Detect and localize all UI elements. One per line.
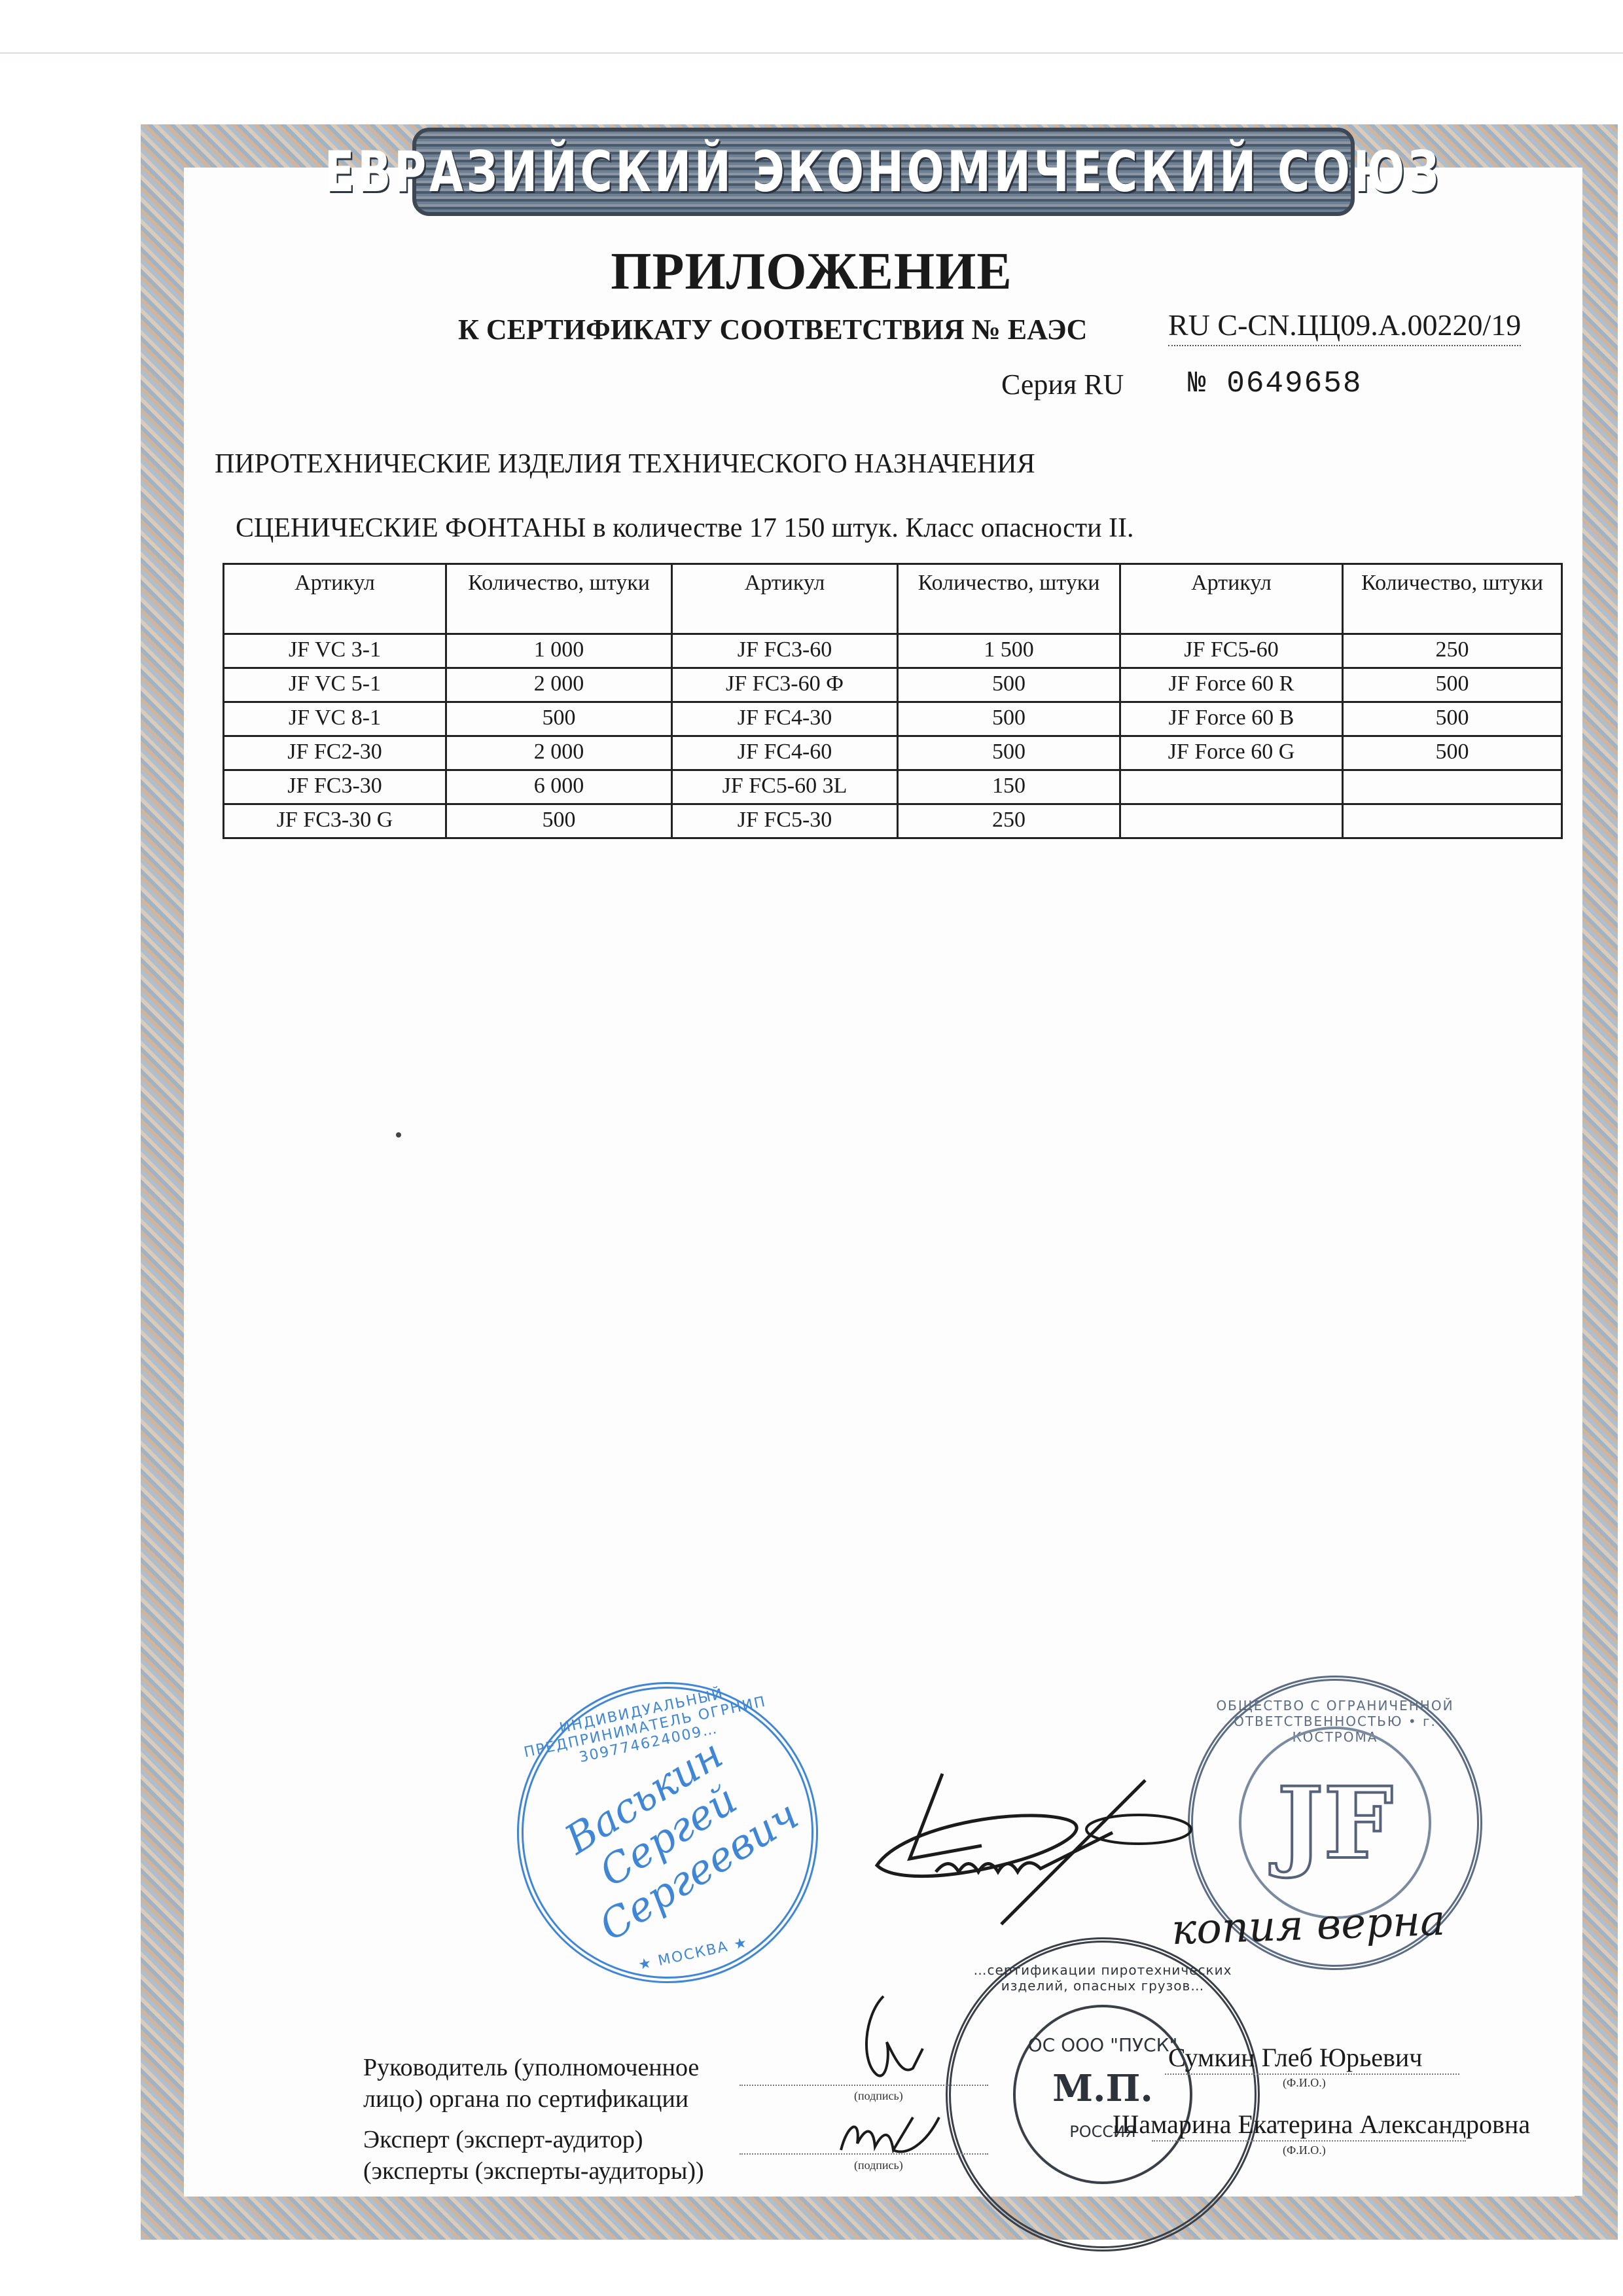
article-cell: JF VC 5-1 (224, 668, 446, 702)
quantity-cell: 500 (898, 702, 1120, 736)
table-header-row: АртикулКоличество, штукиАртикулКоличеств… (224, 564, 1562, 634)
expert-label: Эксперт (эксперт-аудитор) (эксперты (экс… (363, 2124, 704, 2187)
head-name-line (1165, 2073, 1459, 2075)
quantity-cell: 150 (898, 770, 1120, 804)
head-label-line2: лицо) органа по сертификации (363, 2083, 699, 2115)
table-row: JF FC2-302 000JF FC4-60500JF Force 60 G5… (224, 736, 1562, 770)
quantity-cell: 1 000 (446, 634, 672, 668)
expert-signature (828, 2104, 952, 2170)
quantity-cell (1343, 804, 1562, 838)
article-cell: JF FC3-60 (672, 634, 898, 668)
expert-name-caption: (Ф.И.О.) (1283, 2144, 1326, 2157)
page-title: ПРИЛОЖЕНИЕ (0, 242, 1623, 302)
article-cell: JF FC2-30 (224, 736, 446, 770)
expert-label-line2: (эксперты (эксперты-аудиторы)) (363, 2155, 704, 2187)
quantity-cell: 500 (446, 702, 672, 736)
article-cell: JF FC4-30 (672, 702, 898, 736)
quantity-cell: 500 (1343, 702, 1562, 736)
column-header: Количество, штуки (1343, 564, 1562, 634)
article-cell: JF Force 60 G (1120, 736, 1343, 770)
products-table: АртикулКоличество, штукиАртикулКоличеств… (223, 563, 1563, 839)
article-cell: JF FC3-60 Ф (672, 668, 898, 702)
column-header: Артикул (1120, 564, 1343, 634)
quantity-cell: 1 500 (898, 634, 1120, 668)
article-cell (1120, 804, 1343, 838)
article-cell: JF FC3-30 G (224, 804, 446, 838)
eaeu-banner: ЕВРАЗИЙСКИЙ ЭКОНОМИЧЕСКИЙ СОЮЗ (412, 128, 1355, 216)
series-label: Серия RU (1001, 368, 1124, 401)
quantity-cell: 250 (898, 804, 1120, 838)
column-header: Артикул (224, 564, 446, 634)
article-cell: JF FC4-60 (672, 736, 898, 770)
article-cell: JF FC5-60 3L (672, 770, 898, 804)
quantity-cell: 500 (446, 804, 672, 838)
expert-name-line (1152, 2140, 1466, 2142)
head-label-line1: Руководитель (уполномоченное (363, 2052, 699, 2083)
quantity-cell: 500 (1343, 736, 1562, 770)
product-description: СЦЕНИЧЕСКИЕ ФОНТАНЫ в количестве 17 150 … (236, 512, 1134, 544)
article-cell: JF FC3-30 (224, 770, 446, 804)
certified-copy-handwriting: копия верна (1171, 1897, 1446, 1955)
section-heading: ПИРОТЕХНИЧЕСКИЕ ИЗДЕЛИЯ ТЕХНИЧЕСКОГО НАЗ… (215, 448, 1035, 480)
table-row: JF VC 8-1500JF FC4-30500JF Force 60 B500 (224, 702, 1562, 736)
article-cell: JF FC5-30 (672, 804, 898, 838)
quantity-cell (1343, 770, 1562, 804)
quantity-cell: 500 (1343, 668, 1562, 702)
head-signature (851, 1990, 955, 2101)
quantity-cell: 2 000 (446, 668, 672, 702)
table-row: JF FC3-306 000JF FC5-60 3L150 (224, 770, 1562, 804)
mp-certification-stamp: …сертификации пиротехнических изделий, о… (946, 1937, 1260, 2251)
series-number: № 0649658 (1188, 367, 1362, 401)
certificate-number: RU C-CN.ЦЦ09.А.00220/19 (1168, 308, 1521, 346)
mp-stamp-ring-text: …сертификации пиротехнических изделий, о… (951, 1962, 1255, 1994)
article-cell: JF VC 8-1 (224, 702, 446, 736)
column-header: Артикул (672, 564, 898, 634)
quantity-cell: 6 000 (446, 770, 672, 804)
certificate-label: К СЕРТИФИКАТУ СООТВЕТСТВИЯ № ЕАЭС (458, 313, 1087, 346)
banner-text: ЕВРАЗИЙСКИЙ ЭКОНОМИЧЕСКИЙ СОЮЗ (325, 139, 1442, 205)
scan-edge (0, 52, 1623, 54)
article-cell: JF FC5-60 (1120, 634, 1343, 668)
quantity-cell: 250 (1343, 634, 1562, 668)
head-name-caption: (Ф.И.О.) (1283, 2076, 1326, 2090)
article-cell (1120, 770, 1343, 804)
table-row: JF VC 3-11 000JF FC3-601 500JF FC5-60250 (224, 634, 1562, 668)
column-header: Количество, штуки (898, 564, 1120, 634)
quantity-cell: 500 (898, 736, 1120, 770)
column-header: Количество, штуки (446, 564, 672, 634)
article-cell: JF VC 3-1 (224, 634, 446, 668)
head-name: Сумкин Глеб Юрьевич (1168, 2042, 1422, 2073)
quantity-cell: 2 000 (446, 736, 672, 770)
expert-name: Шамарина Екатерина Александровна (1113, 2109, 1530, 2140)
table-row: JF FC3-30 G500JF FC5-30250 (224, 804, 1562, 838)
expert-label-line1: Эксперт (эксперт-аудитор) (363, 2124, 704, 2155)
quantity-cell: 500 (898, 668, 1120, 702)
article-cell: JF Force 60 R (1120, 668, 1343, 702)
head-label: Руководитель (уполномоченное лицо) орган… (363, 2052, 699, 2115)
speck (396, 1132, 401, 1138)
table-row: JF VC 5-12 000JF FC3-60 Ф500JF Force 60 … (224, 668, 1562, 702)
article-cell: JF Force 60 B (1120, 702, 1343, 736)
